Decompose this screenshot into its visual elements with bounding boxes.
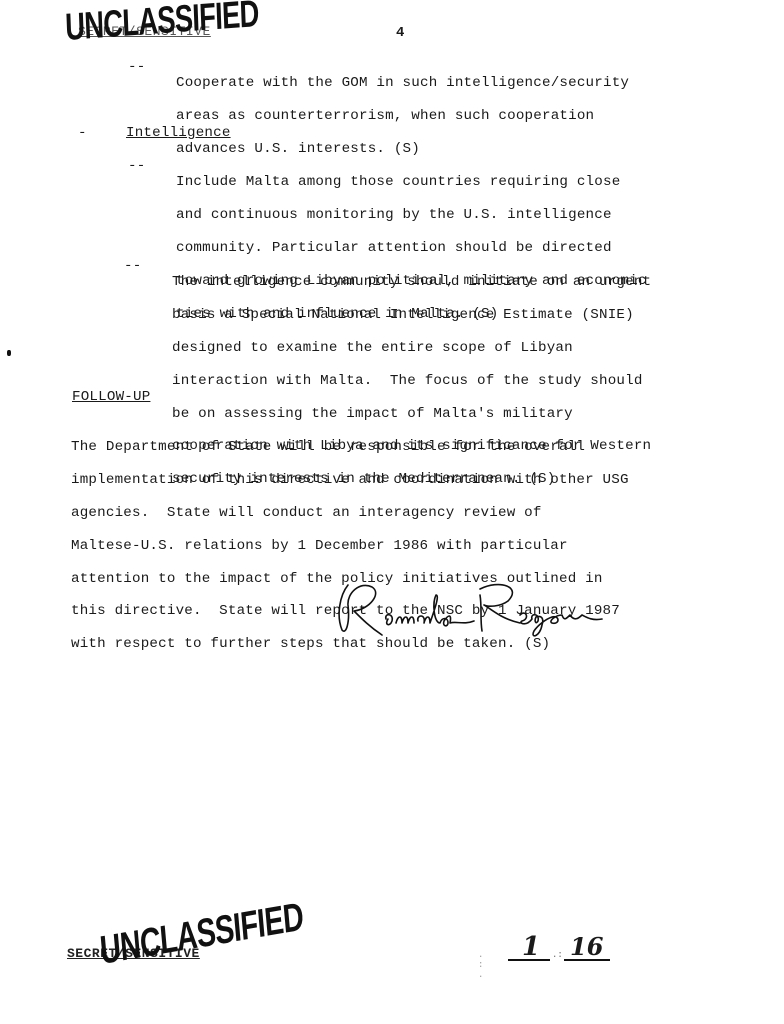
bullet-dash: -- (124, 258, 141, 274)
text-line: community. Particular attention should b… (176, 240, 647, 256)
copy-total: 16 (570, 932, 603, 961)
text-line: designed to examine the entire scope of … (172, 340, 651, 356)
signature (330, 575, 610, 650)
text-line: areas as counterterrorism, when such coo… (176, 108, 629, 124)
follow-up-heading: FOLLOW-UP (72, 389, 150, 405)
unclassified-stamp-bottom: UNCLASSIFIED (98, 897, 304, 971)
page-number: 4 (396, 25, 405, 41)
bullet-dash: -- (128, 59, 145, 75)
signature-scrawl-icon (330, 575, 610, 645)
intelligence-heading: Intelligence (126, 125, 231, 141)
unclassified-stamp-top: UNCLASSIFIED (65, 0, 260, 47)
text-line: be on assessing the impact of Malta's mi… (172, 406, 651, 422)
text-line: agencies. State will conduct an interage… (71, 505, 629, 521)
text-line: The intelligence community should initia… (172, 274, 651, 290)
text-line: interaction with Malta. The focus of the… (172, 373, 651, 389)
text-line: The Department of State will be responsi… (71, 439, 629, 455)
text-line: Include Malta among those countries requ… (176, 174, 647, 190)
scan-speck (7, 350, 11, 356)
text-line: advances U.S. interests. (S) (176, 141, 629, 157)
text-line: implementation of this directive and coo… (71, 472, 629, 488)
cooperation-paragraph: Cooperate with the GOM in such intellige… (176, 59, 629, 174)
faded-dots: . : . (478, 950, 485, 980)
text-line: Cooperate with the GOM in such intellige… (176, 75, 629, 91)
faded-dots: .: (552, 950, 563, 960)
bullet-dash: -- (128, 158, 145, 174)
copy-number: 1 (522, 932, 540, 962)
text-line: basis a Special National Intelligence Es… (172, 307, 651, 323)
text-line: and continuous monitoring by the U.S. in… (176, 207, 647, 223)
text-line: Maltese-U.S. relations by 1 December 198… (71, 538, 629, 554)
bullet-dash: - (78, 125, 87, 141)
